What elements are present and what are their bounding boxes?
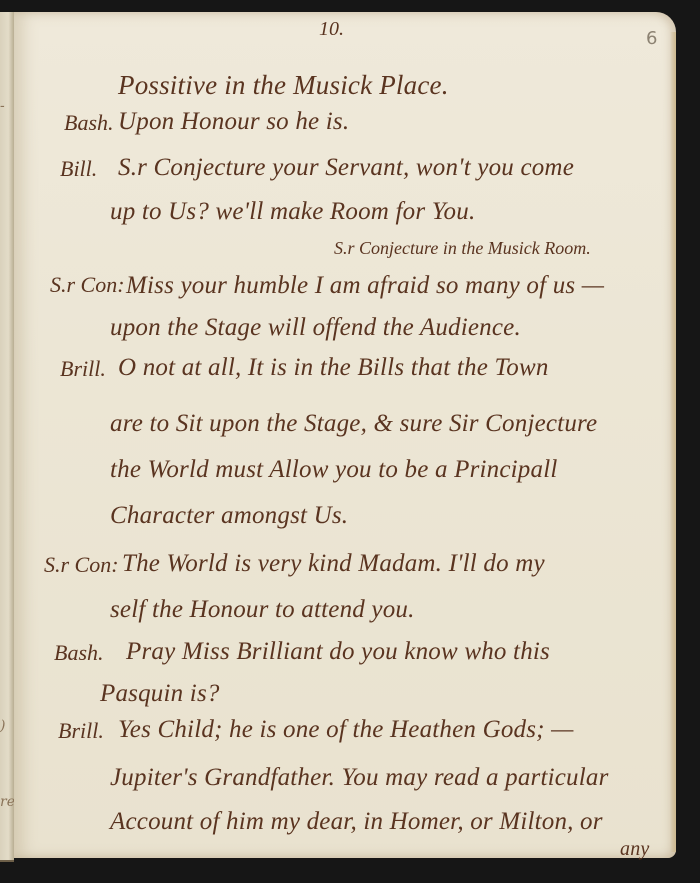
- dialogue-line: up to Us? we'll make Room for You.: [110, 198, 475, 226]
- stage-direction: S.r Conjecture in the Musick Room.: [334, 238, 591, 259]
- margin-fragment: ): [0, 718, 5, 734]
- dialogue-line: Jupiter's Grandfather. You may read a pa…: [110, 764, 609, 792]
- speaker-label: Bill.: [60, 156, 97, 182]
- left-page-margin: - ) re: [0, 12, 14, 860]
- dialogue-line: Yes Child; he is one of the Heathen Gods…: [118, 716, 574, 744]
- dialogue-line: the World must Allow you to be a Princip…: [110, 456, 557, 484]
- dialogue-line: upon the Stage will offend the Audience.: [110, 314, 521, 342]
- dialogue-line: Upon Honour so he is.: [118, 108, 349, 136]
- speaker-label: Bash.: [54, 640, 104, 666]
- manuscript-scan: - ) re 10. 6 Possitive in the Musick Pla…: [0, 0, 700, 883]
- dialogue-line: The World is very kind Madam. I'll do my: [122, 550, 545, 578]
- folio-number: 6: [646, 28, 657, 49]
- speaker-label: Brill.: [58, 718, 104, 744]
- dialogue-line: Account of him my dear, in Homer, or Mil…: [110, 808, 603, 836]
- dialogue-line: Miss your humble I am afraid so many of …: [126, 272, 604, 300]
- scene-heading: Possitive in the Musick Place.: [118, 70, 449, 101]
- manuscript-page: 10. 6 Possitive in the Musick Place. Bas…: [14, 12, 676, 858]
- margin-fragment: -: [0, 98, 5, 114]
- catchword: any: [620, 838, 649, 861]
- speaker-label: Bash.: [64, 110, 114, 136]
- speaker-label: S.r Con:: [50, 272, 125, 298]
- speaker-label: Brill.: [60, 356, 106, 382]
- dialogue-line: self the Honour to attend you.: [110, 596, 415, 624]
- page-number: 10.: [319, 18, 344, 41]
- dialogue-line: Pasquin is?: [100, 680, 220, 708]
- dialogue-line: O not at all, It is in the Bills that th…: [118, 354, 549, 382]
- dialogue-line: Pray Miss Brilliant do you know who this: [126, 638, 550, 666]
- margin-fragment: re: [0, 794, 14, 810]
- dialogue-line: are to Sit upon the Stage, & sure Sir Co…: [110, 410, 597, 438]
- dialogue-line: Character amongst Us.: [110, 502, 348, 530]
- dialogue-line: S.r Conjecture your Servant, won't you c…: [118, 154, 574, 182]
- speaker-label: S.r Con:: [44, 552, 119, 578]
